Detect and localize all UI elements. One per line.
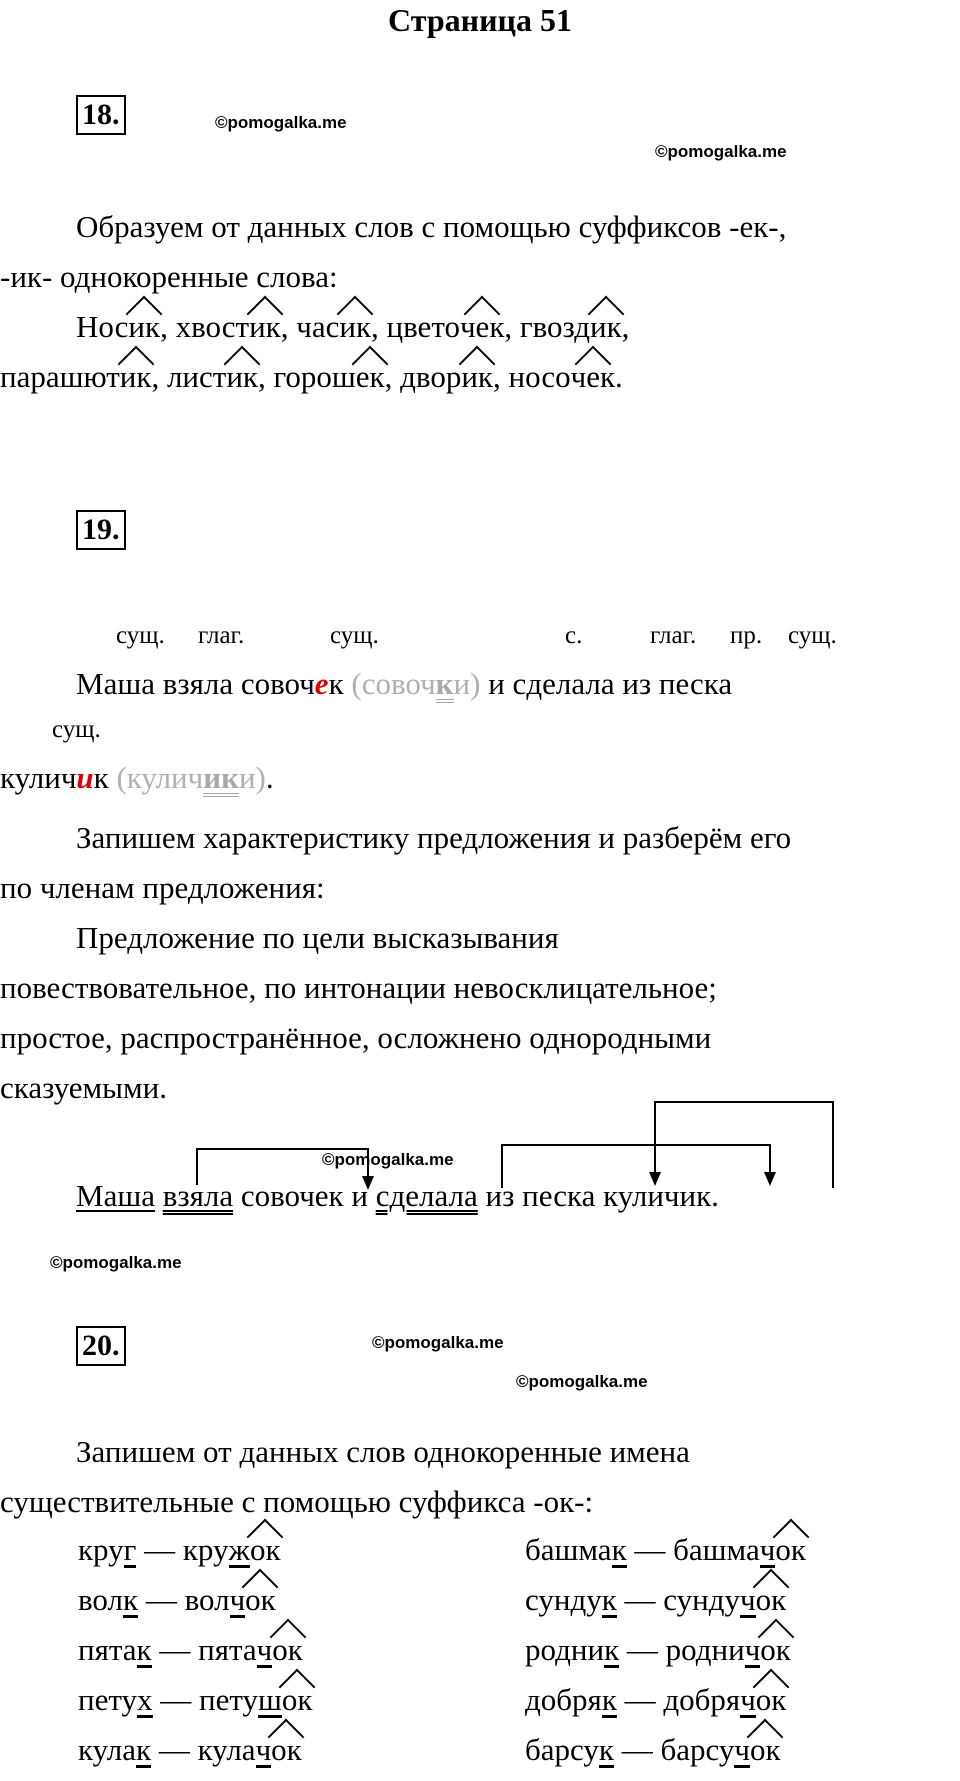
- alternating-consonant: к: [599, 1735, 614, 1768]
- derived-stem: вол: [185, 1582, 230, 1617]
- dash: —: [617, 1582, 664, 1617]
- alternating-consonant: ж: [229, 1535, 250, 1568]
- base-stem: кру: [78, 1532, 124, 1567]
- alternating-consonant: к: [602, 1685, 617, 1718]
- ex19-analysis-sentence: Маша взяла совочек и сделала из песка ку…: [76, 1176, 719, 1216]
- word-pair: кулак — кулачок: [78, 1730, 302, 1770]
- alternating-consonant: ш: [258, 1685, 282, 1718]
- alternating-consonant: г: [124, 1535, 137, 1568]
- alternating-consonant: ч: [740, 1585, 756, 1618]
- text: из п: [486, 1178, 539, 1213]
- suffix-with-arc: ок: [756, 1680, 787, 1720]
- suffix-with-arc: ок: [760, 1630, 791, 1670]
- base-stem: вол: [78, 1582, 123, 1617]
- derived-stem: сунду: [663, 1582, 740, 1617]
- object: куличик: [603, 1178, 711, 1213]
- base-stem: родни: [525, 1632, 604, 1667]
- base-stem: барсу: [525, 1732, 599, 1767]
- derived-stem: пята: [198, 1632, 257, 1667]
- dash: —: [617, 1682, 664, 1717]
- word-pair: круг — кружок: [78, 1530, 281, 1570]
- text: ска: [553, 1178, 595, 1213]
- dash: —: [614, 1732, 661, 1767]
- watermark: ©pomogalka.me: [50, 1253, 182, 1273]
- base-stem: сунду: [525, 1582, 602, 1617]
- base-stem: пету: [78, 1682, 137, 1717]
- predicate: сделала: [376, 1178, 478, 1213]
- suffix-with-arc: ок: [282, 1680, 313, 1720]
- alternating-consonant: к: [136, 1735, 151, 1768]
- alternating-consonant: к: [602, 1585, 617, 1618]
- dash: —: [619, 1632, 666, 1667]
- alternating-consonant: ч: [734, 1735, 750, 1768]
- derived-stem: родни: [666, 1632, 745, 1667]
- dash: —: [152, 1632, 199, 1667]
- text: е: [539, 1178, 554, 1213]
- base-stem: добря: [525, 1682, 602, 1717]
- derived-stem: барсу: [660, 1732, 734, 1767]
- word-pair: волк — волчок: [78, 1580, 276, 1620]
- word-pair: башмак — башмачок: [525, 1530, 806, 1570]
- watermark: ©pomogalka.me: [372, 1333, 504, 1353]
- alternating-consonant: х: [137, 1685, 153, 1718]
- alternating-consonant: к: [123, 1585, 138, 1618]
- watermark: ©pomogalka.me: [516, 1372, 648, 1392]
- suffix-with-arc: ок: [272, 1630, 303, 1670]
- exercise-number-20: 20.: [76, 1326, 126, 1366]
- text: .: [711, 1178, 719, 1213]
- suffix-with-arc: ок: [250, 1530, 281, 1570]
- ex20-intro-line2: существительные с помощью суффикса -ок-:: [0, 1482, 593, 1522]
- dash: —: [153, 1682, 200, 1717]
- dash: —: [151, 1732, 198, 1767]
- base-stem: пята: [78, 1632, 137, 1667]
- alternating-consonant: ч: [257, 1635, 273, 1668]
- derived-stem: башма: [673, 1532, 760, 1567]
- derived-stem: добря: [663, 1682, 740, 1717]
- alternating-consonant: ч: [760, 1535, 776, 1568]
- alternating-consonant: к: [604, 1635, 619, 1668]
- derived-stem: пету: [199, 1682, 258, 1717]
- ex20-intro-line1: Запишем от данных слов однокоренные имен…: [76, 1432, 690, 1472]
- predicate: взяла: [163, 1178, 233, 1213]
- word-pair: барсук — барсучок: [525, 1730, 781, 1770]
- conjunction: и: [351, 1178, 368, 1213]
- word-pair: добряк — добрячок: [525, 1680, 786, 1720]
- dash: —: [136, 1532, 183, 1567]
- object: совочек: [241, 1178, 344, 1213]
- base-stem: кула: [78, 1732, 136, 1767]
- alternating-consonant: ч: [256, 1735, 272, 1768]
- word-pair: сундук — сундучок: [525, 1580, 786, 1620]
- alternating-consonant: к: [137, 1635, 152, 1668]
- alternating-consonant: ч: [230, 1585, 246, 1618]
- word-pair: родник — родничок: [525, 1630, 791, 1670]
- dash: —: [138, 1582, 185, 1617]
- watermark: ©pomogalka.me: [322, 1150, 454, 1170]
- alternating-consonant: ч: [740, 1685, 756, 1718]
- subject: Маша: [76, 1178, 155, 1213]
- derived-stem: кру: [183, 1532, 229, 1567]
- derived-stem: кула: [198, 1732, 256, 1767]
- suffix-with-arc: ок: [775, 1530, 806, 1570]
- suffix-with-arc: ок: [245, 1580, 276, 1620]
- suffix-with-arc: ок: [756, 1580, 787, 1620]
- word-pair: петух — петушок: [78, 1680, 312, 1720]
- word-pair: пятак — пятачок: [78, 1630, 303, 1670]
- dash: —: [627, 1532, 674, 1567]
- suffix-with-arc: ок: [271, 1730, 302, 1770]
- suffix-with-arc: ок: [750, 1730, 781, 1770]
- alternating-consonant: к: [612, 1535, 627, 1568]
- base-stem: башма: [525, 1532, 612, 1567]
- alternating-consonant: ч: [745, 1635, 761, 1668]
